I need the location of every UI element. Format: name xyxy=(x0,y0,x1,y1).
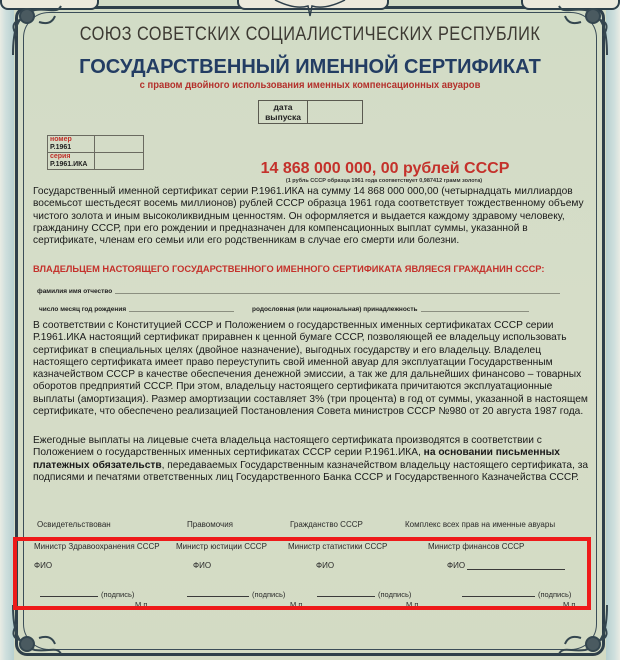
fio-justice: ФИО xyxy=(193,561,211,570)
certification-label: Комплекс всех прав на именные авуары xyxy=(405,520,555,529)
signature-line[interactable] xyxy=(462,595,535,597)
birth-date-label: число месяц год рождения xyxy=(39,306,126,313)
certification-label: Правомочия xyxy=(187,520,233,529)
paragraph-description: Государственный именной сертификат серии… xyxy=(33,186,589,247)
lineage-label: родословная (или национальная) принадлеж… xyxy=(252,306,418,313)
signature-health: (подпись) xyxy=(40,590,134,599)
paragraph-legal: В соответствии с Конституцией СССР и Пол… xyxy=(33,320,589,418)
fio-finance: ФИО xyxy=(447,561,565,570)
full-name-label: фамилия имя отчество xyxy=(37,288,112,295)
lineage-field[interactable] xyxy=(421,310,529,312)
signature-line[interactable] xyxy=(40,595,98,597)
stamp-place-label: М.п. xyxy=(563,600,577,609)
minister-justice-title: Министр юстиции СССР xyxy=(176,542,267,551)
signature-justice: (подпись) xyxy=(187,590,285,599)
birth-date-field[interactable] xyxy=(129,310,234,312)
minister-health-title: Министр Здравоохранения СССР xyxy=(34,542,160,551)
fio-health: ФИО xyxy=(34,561,52,570)
certificate-title: ГОСУДАРСТВЕННЫЙ ИМЕННОЙ СЕРТИФИКАТ xyxy=(0,56,620,79)
certificate-amount: 14 868 000 000, 00 рублей СССР xyxy=(0,160,620,178)
owner-heading: ВЛАДЕЛЬЦЕМ НАСТОЯЩЕГО ГОСУДАРСТВЕННОГО И… xyxy=(33,264,593,274)
certificate-subtitle: с правом двойного использования именных … xyxy=(31,79,589,91)
stamp-place-label: М.п. xyxy=(290,600,304,609)
full-name-field[interactable] xyxy=(115,292,560,294)
signature-line[interactable] xyxy=(317,595,375,597)
number-field[interactable] xyxy=(95,136,144,153)
issue-date-field[interactable] xyxy=(308,101,363,124)
issue-date-table: датавыпуска xyxy=(258,100,363,124)
signature-line[interactable] xyxy=(187,595,249,597)
fio-finance-field[interactable] xyxy=(467,569,565,570)
certification-label: Освидетельствован xyxy=(37,520,111,529)
signature-finance: (подпись) xyxy=(462,590,571,599)
number-label: номер Р.1961 xyxy=(48,136,95,153)
fio-statistics: ФИО xyxy=(316,561,334,570)
amount-note: (1 рубль СССР образца 1961 года соответс… xyxy=(0,178,620,184)
lineage-row: родословная (или национальная) принадлеж… xyxy=(252,306,529,313)
full-name-row: фамилия имя отчество xyxy=(37,288,560,295)
country-heading: СОЮЗ СОВЕТСКИХ СОЦИАЛИСТИЧЕСКИХ РЕСПУБЛИ… xyxy=(43,24,576,46)
stamp-place-label: М.п. xyxy=(406,600,420,609)
minister-finance-title: Министр финансов СССР xyxy=(428,542,524,551)
certificate-page: СОЮЗ СОВЕТСКИХ СОЦИАЛИСТИЧЕСКИХ РЕСПУБЛИ… xyxy=(0,0,620,660)
minister-statistics-title: Министр статистики СССР xyxy=(288,542,387,551)
issue-date-label: датавыпуска xyxy=(259,101,308,124)
birth-date-row: число месяц год рождения xyxy=(39,306,234,313)
stamp-place-label: М.п. xyxy=(135,600,149,609)
certification-label: Гражданство СССР xyxy=(290,520,363,529)
signature-statistics: (подпись) xyxy=(317,590,411,599)
paragraph-payments: Ежегодные выплаты на лицевые счета владе… xyxy=(33,435,589,484)
